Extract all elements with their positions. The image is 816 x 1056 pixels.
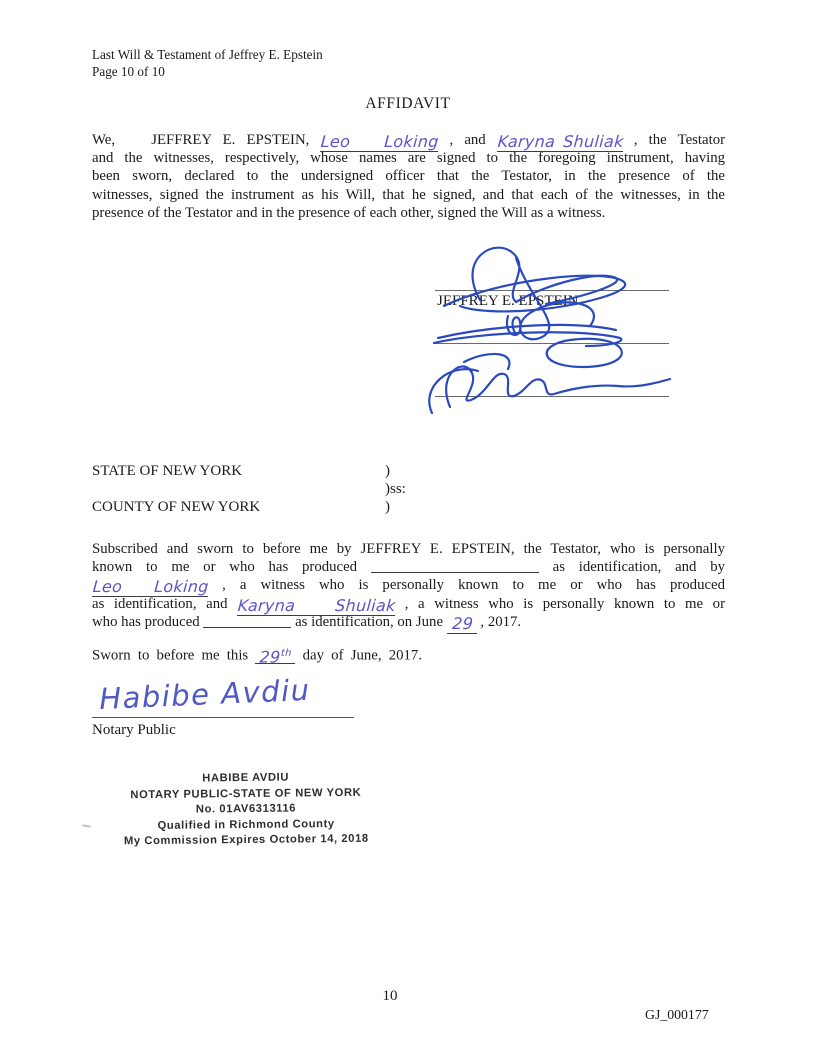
identification-blank-1	[371, 559, 539, 573]
affidavit-line-5: presence of the Testator and in the pres…	[92, 204, 725, 222]
page-header: Last Will & Testament of Jeffrey E. Epst…	[92, 46, 323, 80]
affidavit-line1-tail: , the Testator	[634, 132, 725, 148]
venue-county: COUNTY OF NEW YORK	[92, 499, 260, 515]
stamp-expiration: My Commission Expires October 14, 2018	[106, 832, 386, 851]
sworn-post: day of June, 2017.	[303, 647, 422, 663]
venue-paren-bottom: )	[385, 499, 390, 516]
footer-page-number: 10	[0, 988, 780, 1005]
affidavit-line-4: witnesses, signed the instrument as his …	[92, 186, 725, 204]
venue-state: STATE OF NEW YORK	[92, 463, 242, 479]
affidavit-paragraph: We, JEFFREY E. EPSTEIN, Leo Loking , and…	[92, 131, 725, 222]
jurat-line-2: known to me or who has produced as ident…	[92, 558, 725, 576]
affidavit-line-3: been sworn, declared to the undersigned …	[92, 167, 725, 185]
affidavit-line-1: We, JEFFREY E. EPSTEIN, Leo Loking , and…	[92, 131, 725, 149]
venue-paren-top: )	[385, 463, 390, 480]
jurat-l2-post: as identification, and by	[553, 559, 725, 575]
sworn-statement: Sworn to before me this 29th day of June…	[92, 646, 422, 665]
jurat-l3-post: , a witness who is personally known to m…	[222, 577, 725, 593]
testator-signature-line	[435, 290, 669, 291]
testator-name-text: JEFFREY E. EPSTEIN,	[151, 132, 309, 148]
witness1-handwritten-name: Leo Loking	[320, 134, 439, 152]
affidavit-we: We,	[92, 132, 115, 148]
witness2-signature-ink	[446, 366, 670, 407]
bates-number: GJ_000177	[645, 1007, 709, 1023]
notary-handwritten-signature: Habibe Avdiu	[99, 673, 312, 716]
stamp-office: NOTARY PUBLIC-STATE OF NEW YORK	[106, 785, 386, 804]
jurat-l5-tail: , 2017.	[480, 614, 521, 630]
scan-artifact	[82, 824, 91, 827]
jurat-l4-pre: as identification, and	[92, 596, 228, 612]
witness2-signature-line	[435, 396, 669, 397]
header-document-title: Last Will & Testament of Jeffrey E. Epst…	[92, 46, 323, 63]
handwritten-day-jurat: 29	[447, 616, 478, 634]
document-page: Last Will & Testament of Jeffrey E. Epst…	[0, 0, 816, 1056]
jurat-line-4: as identification, and Karyna Shuliak , …	[92, 595, 725, 613]
testator-signature-label: JEFFREY E. EPSTEIN	[437, 293, 579, 310]
jurat-l2-pre: known to me or who has produced	[92, 559, 357, 575]
jurat-line-3: Leo Loking , a witness who is personally…	[92, 576, 725, 594]
jurat-line-1: Subscribed and sworn to before me by JEF…	[92, 540, 725, 558]
handwritten-day-sworn: 29th	[255, 646, 296, 664]
venue-block: STATE OF NEW YORK ) )ss: COUNTY OF NEW Y…	[92, 463, 512, 517]
venue-ss: )ss:	[385, 481, 406, 498]
sworn-pre: Sworn to before me this	[92, 647, 248, 663]
header-page-indicator: Page 10 of 10	[92, 63, 323, 80]
jurat-l4-post: , a witness who is personally known to m…	[405, 596, 725, 612]
notary-title-label: Notary Public	[92, 722, 176, 739]
witness1-signature-line	[435, 343, 669, 344]
jurat-paragraph: Subscribed and sworn to before me by JEF…	[92, 540, 725, 631]
witness2-handwritten-name-jurat: Karyna Shuliak	[237, 598, 396, 616]
witness1-handwritten-name-jurat: Leo Loking	[92, 579, 209, 597]
notary-stamp: HABIBE AVDIU NOTARY PUBLIC-STATE OF NEW …	[106, 770, 387, 851]
witness2-handwritten-name: Karyna Shuliak	[497, 134, 624, 152]
affidavit-and: , and	[450, 132, 486, 148]
section-title: AFFIDAVIT	[0, 95, 816, 113]
jurat-l5-pre: who has produced	[92, 614, 200, 630]
jurat-line-5: who has produced as identification, on J…	[92, 613, 725, 631]
witness1-signature-ink	[438, 325, 616, 338]
jurat-l5-mid: as identification, on June	[295, 614, 443, 630]
signature-ink-overlay	[418, 242, 754, 414]
notary-signature-line	[92, 717, 354, 718]
